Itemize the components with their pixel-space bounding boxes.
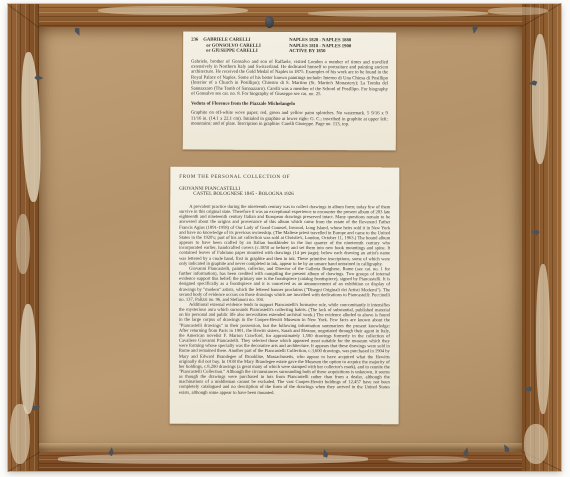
provenance-paragraph: Additional external evidence tends to su… [179, 302, 390, 395]
artist-label-header: 236 GABRIELE CARELLI or GONSOLVO CARELLI… [191, 38, 388, 56]
paint-wear-patch [536, 264, 550, 414]
catalog-number: 236 [191, 38, 203, 55]
artist-label: 236 GABRIELE CARELLI or GONSOLVO CARELLI… [183, 32, 397, 151]
collection-label: FROM THE PERSONAL COLLECTION OF GIOVANNI… [170, 167, 400, 425]
artist-dates: NAPLES 1820 - NAPLES 1880 NAPLES 1818 - … [289, 38, 388, 55]
provenance-paragraph: Giovanni Piancastelli, painter, collecto… [179, 266, 390, 303]
artist-date-line: ACTIVE BY 1850 [289, 49, 388, 55]
collector-dates: CASTEL BOLOGNESE 1845 - BOLOGNA 1926 [179, 192, 390, 198]
paint-wear-patch [98, 6, 248, 15]
paint-wear-patch [16, 214, 30, 274]
provenance-text: A prevalent practice during the nineteen… [179, 204, 390, 395]
medium-caption: Graphite on off-white wove paper; red, g… [191, 111, 388, 128]
work-title: Veduta of Florence from the Piazzale Mic… [191, 102, 388, 108]
frame-back-photo: { "palette": { "background": "#fbfbf9", … [0, 0, 570, 477]
hanger-knob [265, 16, 274, 28]
paint-wear-patch [524, 424, 548, 464]
paint-wear-patch [532, 34, 548, 164]
biography-text: Gabriele, brother of Gonsalvo and son of… [191, 59, 388, 97]
paint-wear-patch [488, 7, 548, 15]
artist-name: or GIUSEPPE CARELLI [203, 49, 289, 55]
paint-wear-patch [20, 304, 36, 414]
paint-wear-patch [308, 10, 488, 17]
collection-heading: FROM THE PERSONAL COLLECTION OF [179, 175, 390, 181]
paint-wear-patch [388, 456, 468, 463]
provenance-paragraph: A prevalent practice during the nineteen… [179, 204, 390, 266]
artist-names: GABRIELE CARELLI or GONSOLVO CARELLI or … [203, 38, 289, 55]
paint-wear-patch [58, 454, 368, 464]
paint-wear-patch [10, 404, 30, 464]
frame-rail-top [8, 4, 561, 27]
